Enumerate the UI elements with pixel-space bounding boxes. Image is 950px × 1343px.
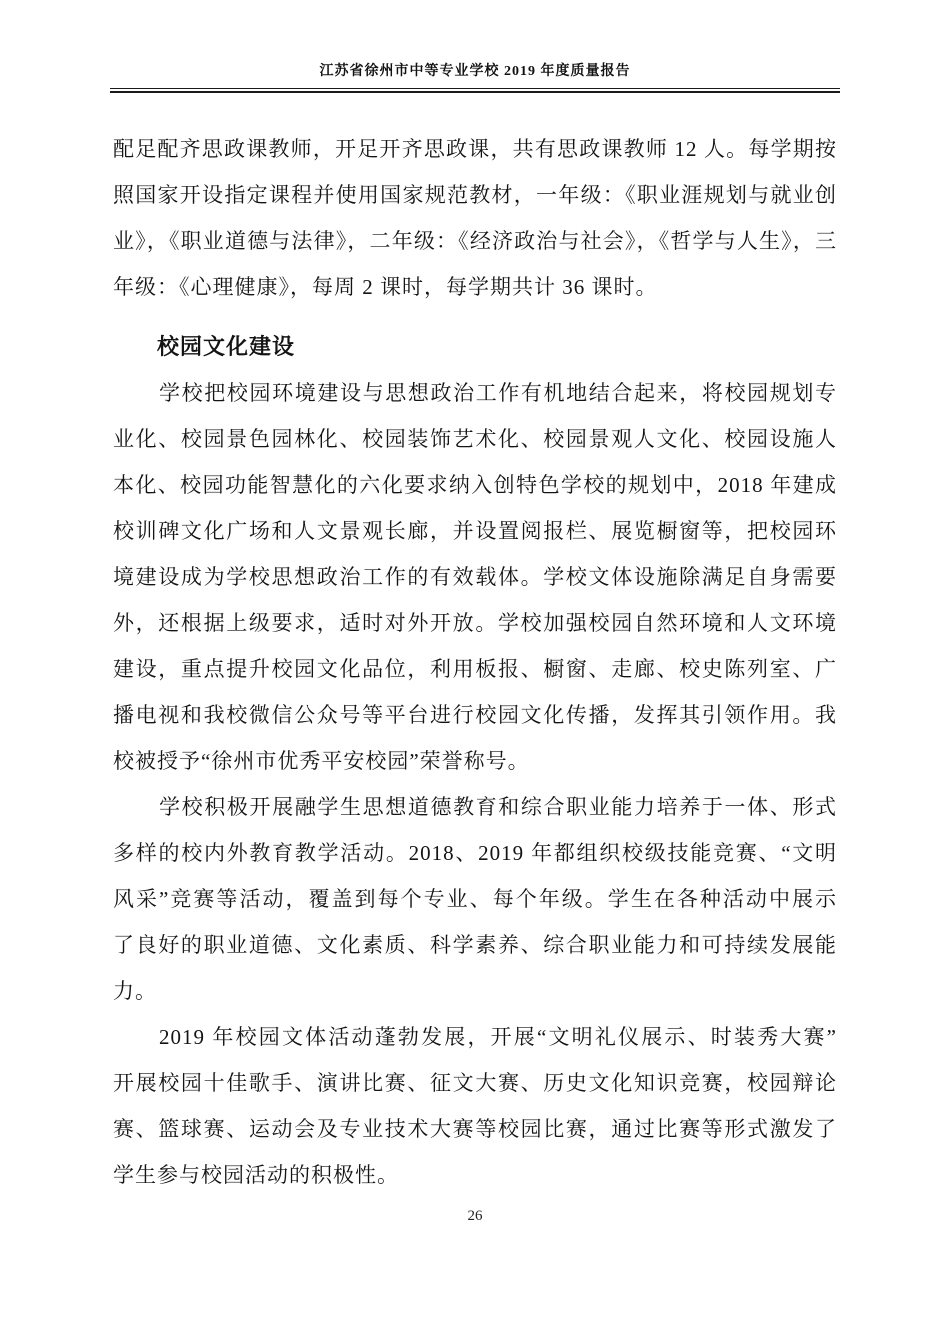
document-page: 江苏省徐州市中等专业学校 2019 年度质量报告 配足配齐思政课教师，开足开齐思… bbox=[0, 0, 950, 1343]
page-number: 26 bbox=[0, 1208, 950, 1225]
text-line: 学生参与校园活动的积极性。 bbox=[113, 1152, 837, 1198]
text-line: 了良好的职业道德、文化素质、科学素养、综合职业能力和可持续发展能 bbox=[113, 922, 837, 968]
text-line: 赛、篮球赛、运动会及专业技术大赛等校园比赛，通过比赛等形式激发了 bbox=[113, 1106, 837, 1152]
text-line: 学校积极开展融学生思想道德教育和综合职业能力培养于一体、形式 bbox=[113, 784, 837, 830]
text-line: 本化、校园功能智慧化的六化要求纳入创特色学校的规划中，2018 年建成 bbox=[113, 462, 837, 508]
text-line: 力。 bbox=[113, 968, 837, 1014]
header-double-rule bbox=[110, 88, 840, 93]
text-line: 校训碑文化广场和人文景观长廊，并设置阅报栏、展览橱窗等，把校园环 bbox=[113, 508, 837, 554]
text-line: 配足配齐思政课教师，开足开齐思政课，共有思政课教师 12 人。每学期按 bbox=[113, 126, 837, 172]
paragraph: 学校把校园环境建设与思想政治工作有机地结合起来，将校园规划专 业化、校园景色园林… bbox=[113, 370, 837, 784]
text-line: 校被授予“徐州市优秀平安校园”荣誉称号。 bbox=[113, 738, 837, 784]
text-line: 2019 年校园文体活动蓬勃发展，开展“文明礼仪展示、时装秀大赛” bbox=[113, 1014, 837, 1060]
document-body: 配足配齐思政课教师，开足开齐思政课，共有思政课教师 12 人。每学期按 照国家开… bbox=[113, 126, 837, 1198]
paragraph: 配足配齐思政课教师，开足开齐思政课，共有思政课教师 12 人。每学期按 照国家开… bbox=[113, 126, 837, 310]
text-line: 建设，重点提升校园文化品位，利用板报、橱窗、走廊、校史陈列室、广 bbox=[113, 646, 837, 692]
running-header-title: 江苏省徐州市中等专业学校 2019 年度质量报告 bbox=[113, 60, 837, 80]
text-line: 外，还根据上级要求，适时对外开放。学校加强校园自然环境和人文环境 bbox=[113, 600, 837, 646]
section-heading: 校园文化建设 bbox=[113, 324, 837, 370]
text-line: 境建设成为学校思想政治工作的有效载体。学校文体设施除满足自身需要 bbox=[113, 554, 837, 600]
text-line: 业》，《职业道德与法律》，二年级：《经济政治与社会》，《哲学与人生》，三 bbox=[113, 218, 837, 264]
paragraph: 2019 年校园文体活动蓬勃发展，开展“文明礼仪展示、时装秀大赛” 开展校园十佳… bbox=[113, 1014, 837, 1198]
text-line: 多样的校内外教育教学活动。2018、2019 年都组织校级技能竞赛、“文明 bbox=[113, 830, 837, 876]
text-line: 照国家开设指定课程并使用国家规范教材，一年级：《职业涯规划与就业创 bbox=[113, 172, 837, 218]
text-line: 风采”竞赛等活动，覆盖到每个专业、每个年级。学生在各种活动中展示 bbox=[113, 876, 837, 922]
text-line: 开展校园十佳歌手、演讲比赛、征文大赛、历史文化知识竞赛，校园辩论 bbox=[113, 1060, 837, 1106]
text-line: 年级：《心理健康》，每周 2 课时，每学期共计 36 课时。 bbox=[113, 264, 837, 310]
paragraph: 学校积极开展融学生思想道德教育和综合职业能力培养于一体、形式 多样的校内外教育教… bbox=[113, 784, 837, 1014]
text-line: 学校把校园环境建设与思想政治工作有机地结合起来，将校园规划专 bbox=[113, 370, 837, 416]
text-line: 业化、校园景色园林化、校园装饰艺术化、校园景观人文化、校园设施人 bbox=[113, 416, 837, 462]
text-line: 播电视和我校微信公众号等平台进行校园文化传播，发挥其引领作用。我 bbox=[113, 692, 837, 738]
